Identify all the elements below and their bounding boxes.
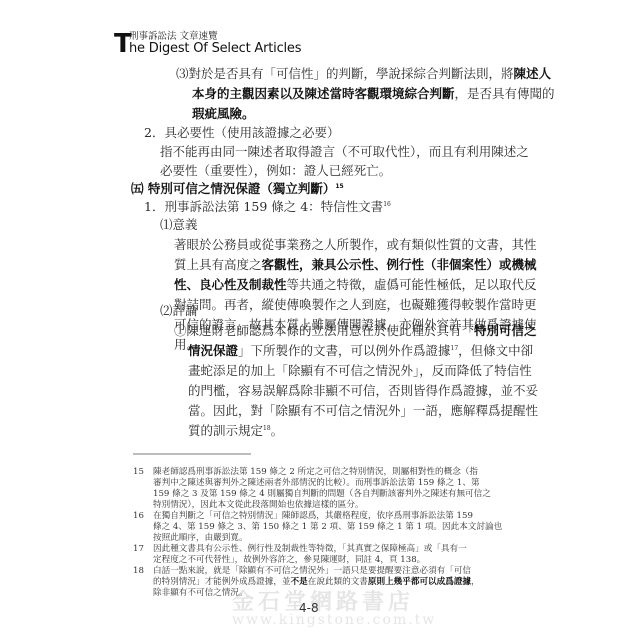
item-heading: 2．具必要性（使用該證據之必要）	[144, 125, 339, 141]
paragraph-line: 質的訓示規定18。	[188, 423, 283, 439]
section-heading: ㈤ 特別可信之情況保證（獨立判斷）15	[131, 181, 344, 197]
paragraph-line: 瑕疵風險。	[192, 106, 255, 122]
footnote-divider	[133, 453, 251, 455]
paragraph-line: ①陳運財老師認爲本條的立法用意在於使此種於具有「特別可信之	[174, 323, 537, 339]
paragraph-line: 對詰問。再者，縱使傳喚製作之人到庭，也礙難獲得較製作當時更	[174, 297, 537, 313]
footnote-ref[interactable]: 16	[383, 201, 391, 208]
paragraph-line: 的門檻，容易誤解爲除非顯不可信，否則皆得作爲證據，並不妥	[188, 383, 538, 399]
paragraph-line: 當。因此，對「除顯有不可信之情況外」一語，應解釋爲提醒性	[188, 403, 538, 419]
page-number: 4-8	[299, 601, 319, 615]
paragraph-line: 指不能再由同一陳述者取得證言（不可取代性），而且有利用陳述之	[160, 144, 529, 160]
footnote-ref[interactable]: 15	[335, 183, 343, 190]
paragraph-line: 畫蛇添足的加上「除顯有不可信之情況外」，反而降低了特信性	[188, 363, 532, 379]
paragraph-line: 本身的主觀因素以及陳述當時客觀環境綜合判斷，是否具有傳聞的	[192, 86, 555, 102]
header-title-en: he Digest Of Select Articles	[129, 42, 301, 56]
paragraph-line: 必要性（重要性），例如：證人已經死亡。	[160, 163, 391, 179]
paragraph-line: ⑶對於是否具有「可信性」的判斷，學說採綜合判斷法則，將陳述人	[176, 66, 551, 82]
paragraph-line: 質上具有高度之客觀性，兼具公示性、例行性（非個案性）或機械	[174, 257, 537, 273]
paragraph-line: 情況保證」下所製作的文書，可以例外作爲證據17，但條文中卻	[188, 343, 533, 359]
paragraph-line: 著眼於公務員或從事業務之人所製作，或有類似性質的文書，其性	[174, 237, 537, 253]
footnote-ref[interactable]: 18	[263, 425, 271, 432]
paragraph-line: 性、良心性及制裁性等共通之特徵，虛僞可能性極低，足以取代反	[174, 277, 537, 293]
subheading: ⑵評論	[160, 303, 198, 319]
subheading: ⑴意義	[160, 217, 198, 233]
item-heading: 1．刑事訴訟法第 159 條之 4：特信性文書16	[144, 199, 391, 215]
watermark-url: www.kingstone.com.tw	[232, 612, 436, 628]
